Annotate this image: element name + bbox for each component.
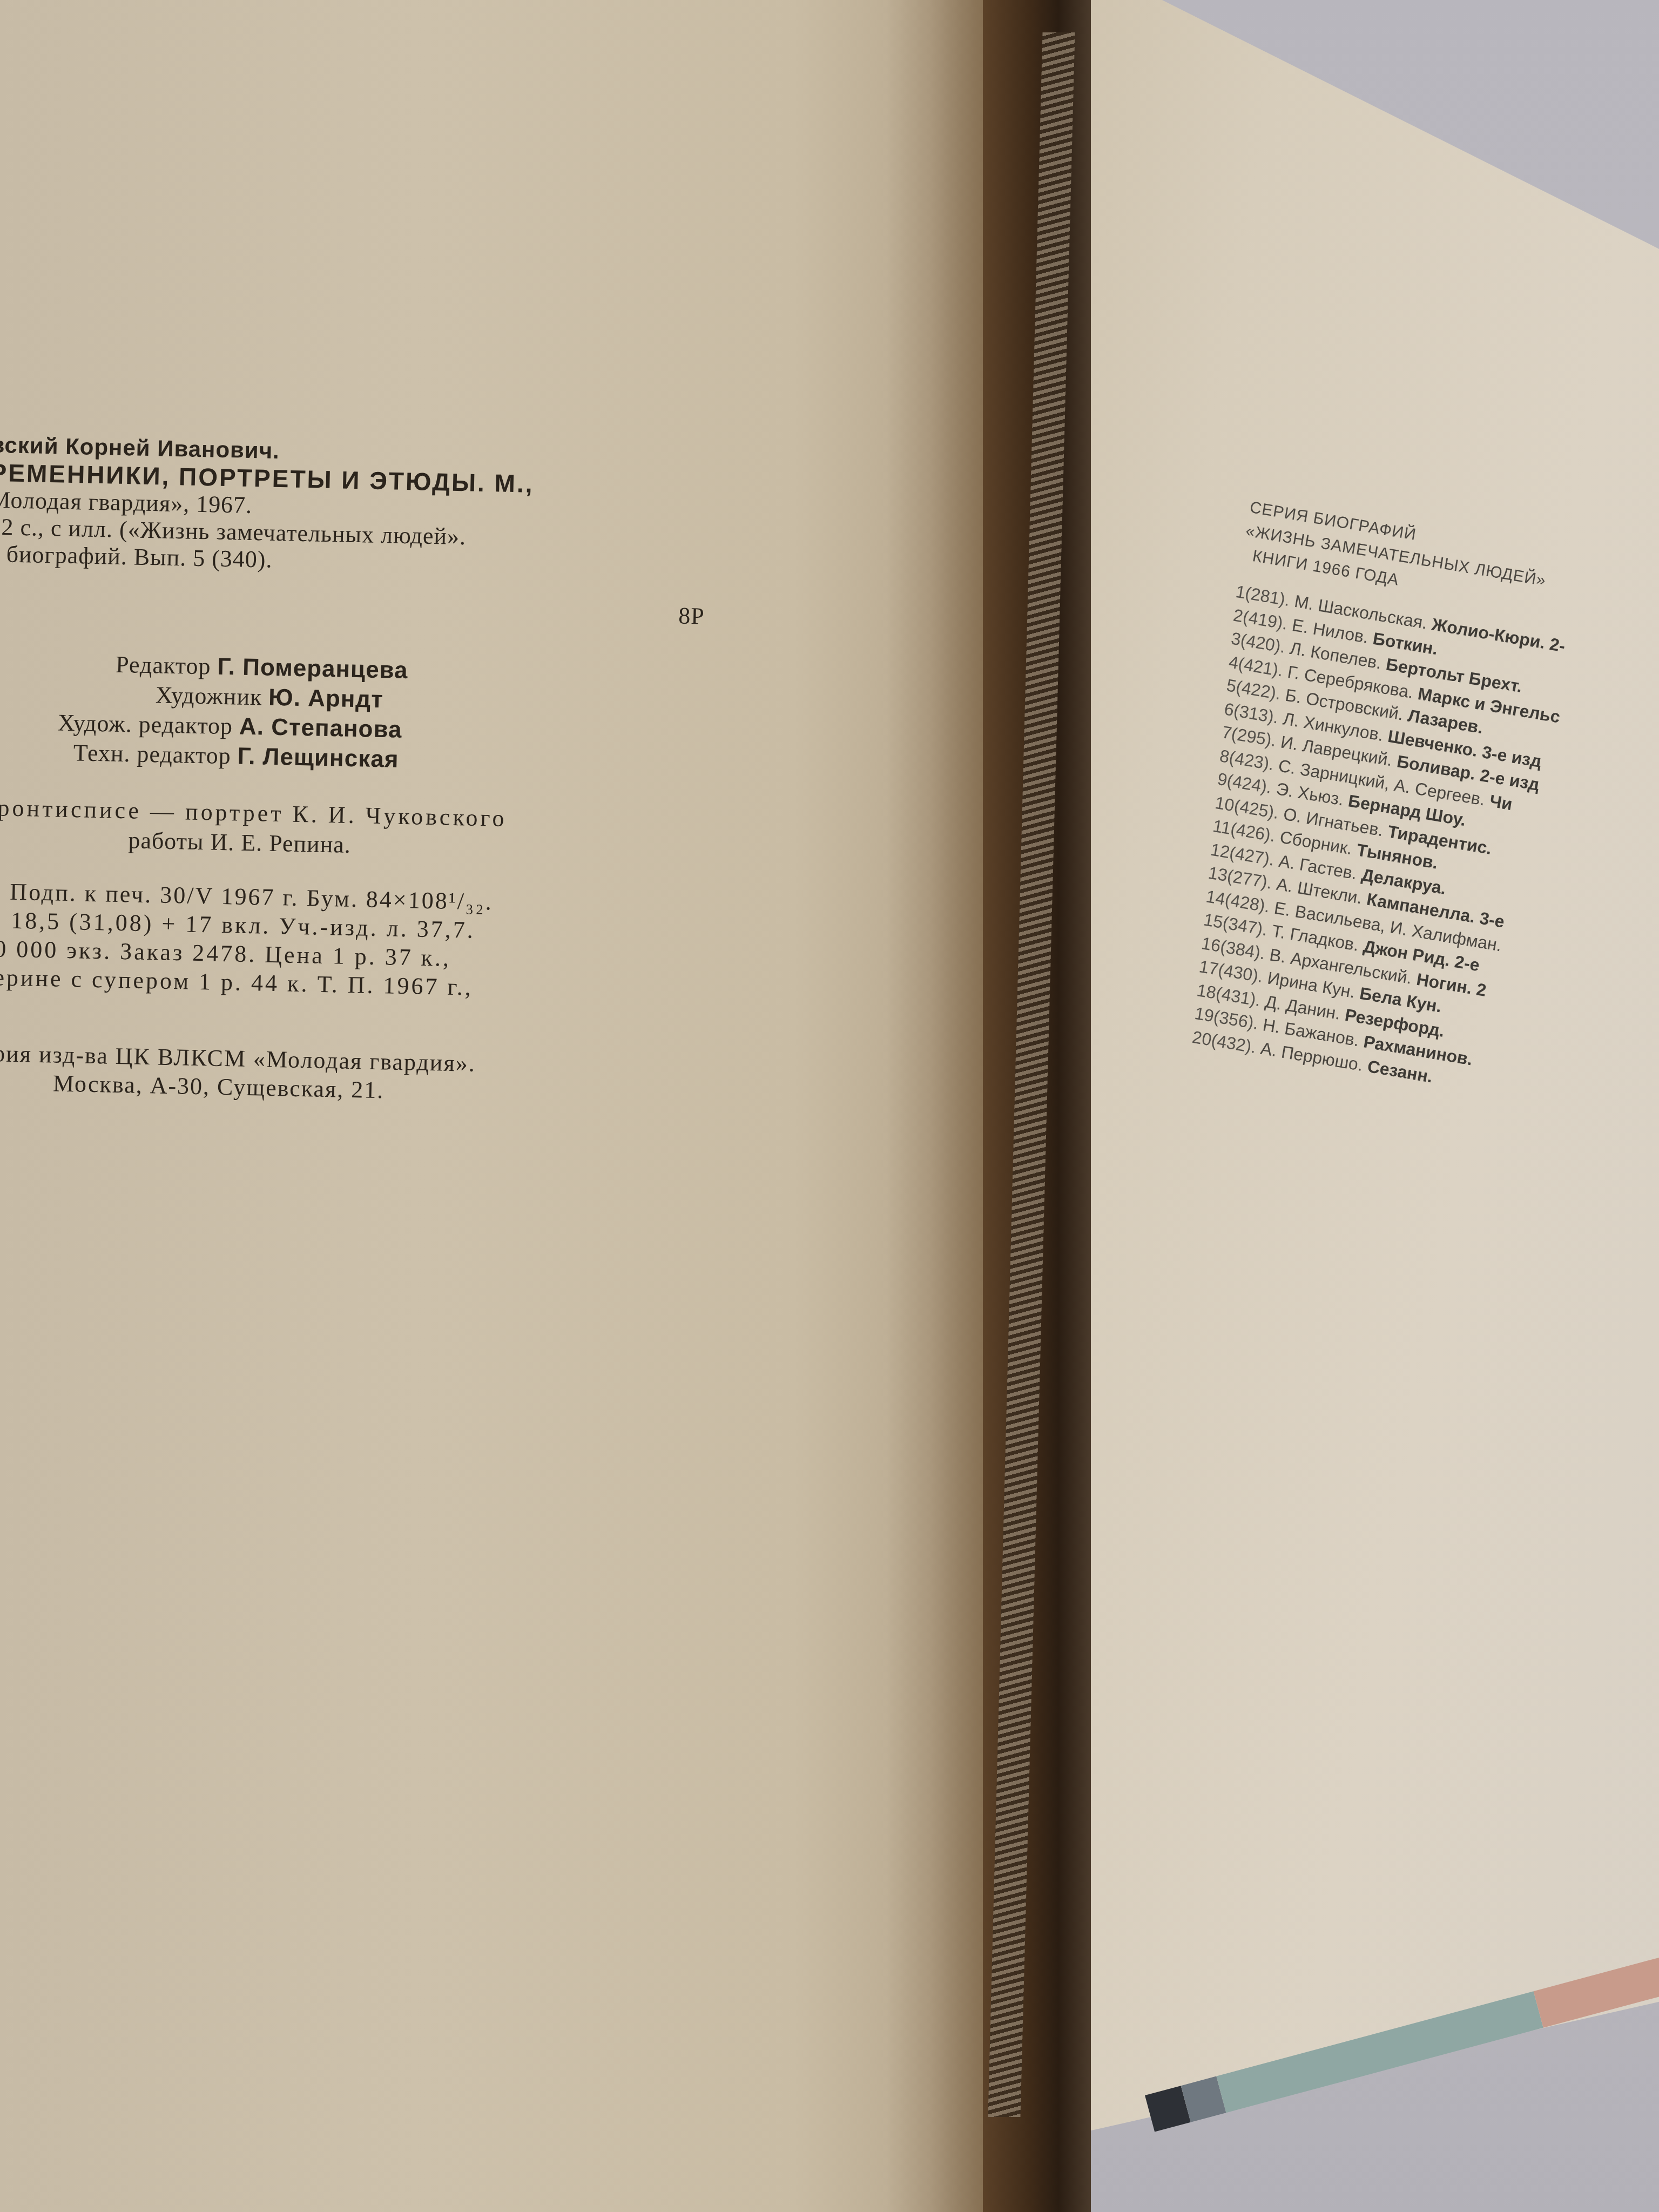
- credit-role: Художник: [156, 682, 262, 710]
- credit-role: Худож. редактор: [57, 710, 233, 740]
- credit-artist: Художник Ю. Арндт: [156, 681, 384, 713]
- credit-role: Техн. редактор: [73, 739, 231, 769]
- classification-code: 8Р: [678, 602, 705, 630]
- catalog-series: я биографий. Вып. 5 (340).: [0, 540, 273, 574]
- photo-scene: вский Корней Иванович. РЕМЕННИКИ, ПОРТРЕ…: [0, 0, 1659, 2212]
- left-page: [0, 0, 1058, 2212]
- book-list: 1(281). М. Шаскольская. Жолио-Кюри. 2- 2…: [1160, 580, 1659, 1124]
- credit-name: Ю. Арндт: [268, 684, 384, 713]
- book-title: Чи: [1488, 791, 1514, 813]
- credit-name: Г. Лещинская: [237, 743, 399, 773]
- credit-name: А. Степанова: [239, 713, 402, 743]
- credit-role: Редактор: [116, 651, 211, 680]
- credit-name: Г. Померанцева: [217, 653, 408, 684]
- frontispiece-line-2: работы И. Е. Репина.: [128, 826, 351, 859]
